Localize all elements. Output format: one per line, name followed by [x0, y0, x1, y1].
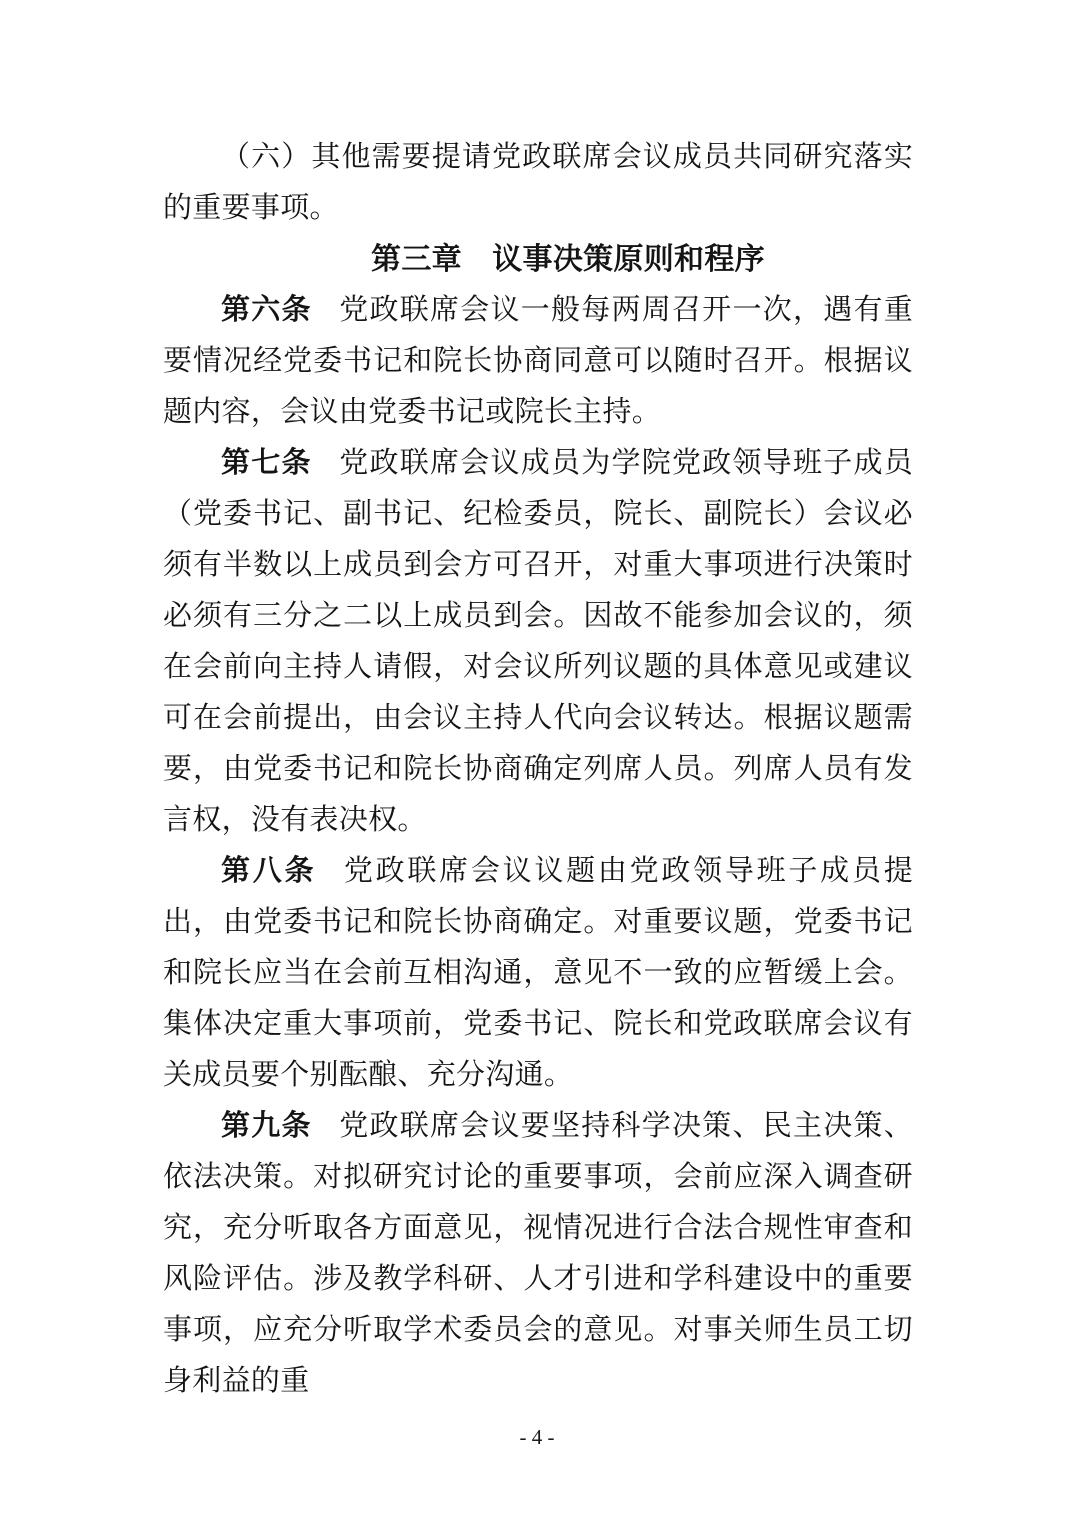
article-number: 第八条 [221, 855, 316, 887]
article-text: 党政联席会议成员为学院党政领导班子成员（党委书记、副书记、纪检委员，院长、副院长… [163, 447, 913, 836]
article-number: 第六条 [221, 294, 312, 326]
article-number: 第七条 [221, 447, 312, 479]
article-text: 党政联席会议议题由党政领导班子成员提出，由党委书记和院长协商确定。对重要议题，党… [163, 855, 913, 1091]
document-page: （六）其他需要提请党政联席会议成员共同研究落实的重要事项。 第三章 议事决策原则… [0, 0, 1074, 1520]
article-paragraph: 第八条党政联席会议议题由党政领导班子成员提出，由党委书记和院长协商确定。对重要议… [163, 846, 913, 1101]
article-paragraph: 第七条党政联席会议成员为学院党政领导班子成员（党委书记、副书记、纪检委员，院长、… [163, 438, 913, 846]
article-paragraph: 第六条党政联席会议一般每两周召开一次，遇有重要情况经党委书记和院长协商同意可以随… [163, 285, 913, 438]
document-body: （六）其他需要提请党政联席会议成员共同研究落实的重要事项。 第三章 议事决策原则… [163, 132, 913, 1407]
page-number: - 4 - [0, 1422, 1074, 1452]
article-paragraph: 第九条党政联席会议要坚持科学决策、民主决策、依法决策。对拟研究讨论的重要事项，会… [163, 1101, 913, 1407]
article-text: 党政联席会议要坚持科学决策、民主决策、依法决策。对拟研究讨论的重要事项，会前应深… [163, 1110, 913, 1397]
article-number: 第九条 [221, 1110, 312, 1142]
chapter-heading: 第三章 议事决策原则和程序 [163, 234, 913, 285]
intro-item-paragraph: （六）其他需要提请党政联席会议成员共同研究落实的重要事项。 [163, 132, 913, 234]
